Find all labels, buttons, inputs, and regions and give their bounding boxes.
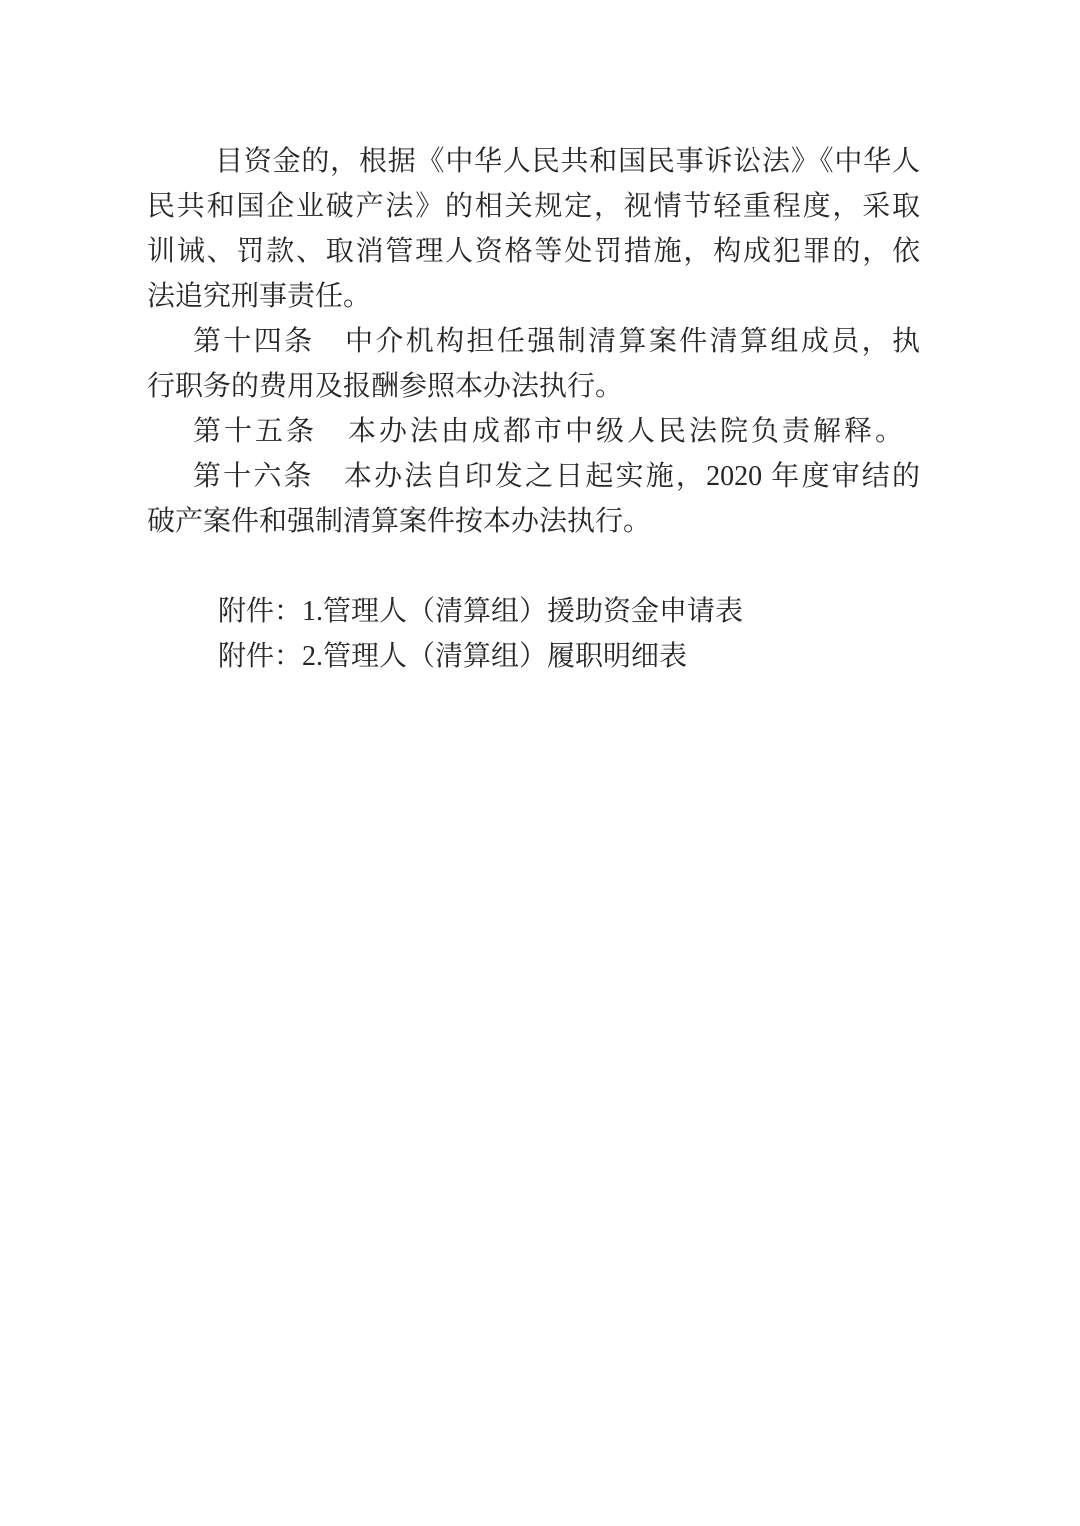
document-body: 目资金的，根据《中华人民共和国民事诉讼法》《中华人 民共和国企业破产法》的相关规…	[147, 139, 920, 679]
attachment-line-2: 附件：2.管理人（清算组）履职明细表	[147, 634, 920, 679]
article-14-line: 第十四条 中介机构担任强制清算案件清算组成员，执	[147, 319, 920, 364]
article-16-line-end: 破产案件和强制清算案件按本办法执行。	[147, 499, 920, 544]
body-line: 民共和国企业破产法》的相关规定，视情节轻重程度，采取	[147, 184, 920, 229]
body-line-paragraph-end: 法追究刑事责任。	[147, 274, 920, 319]
attachment-line-1: 附件：1.管理人（清算组）援助资金申请表	[147, 589, 920, 634]
article-14-line-end: 行职务的费用及报酬参照本办法执行。	[147, 364, 920, 409]
article-16-line: 第十六条 本办法自印发之日起实施，2020 年度审结的	[147, 454, 920, 499]
body-line-continuation: 目资金的，根据《中华人民共和国民事诉讼法》《中华人	[147, 139, 920, 184]
document-page: 目资金的，根据《中华人民共和国民事诉讼法》《中华人 民共和国企业破产法》的相关规…	[0, 0, 1080, 1526]
article-15-line: 第十五条 本办法由成都市中级人民法院负责解释。	[147, 409, 920, 454]
body-line: 训诫、罚款、取消管理人资格等处罚措施，构成犯罪的，依	[147, 229, 920, 274]
blank-line	[147, 544, 920, 589]
